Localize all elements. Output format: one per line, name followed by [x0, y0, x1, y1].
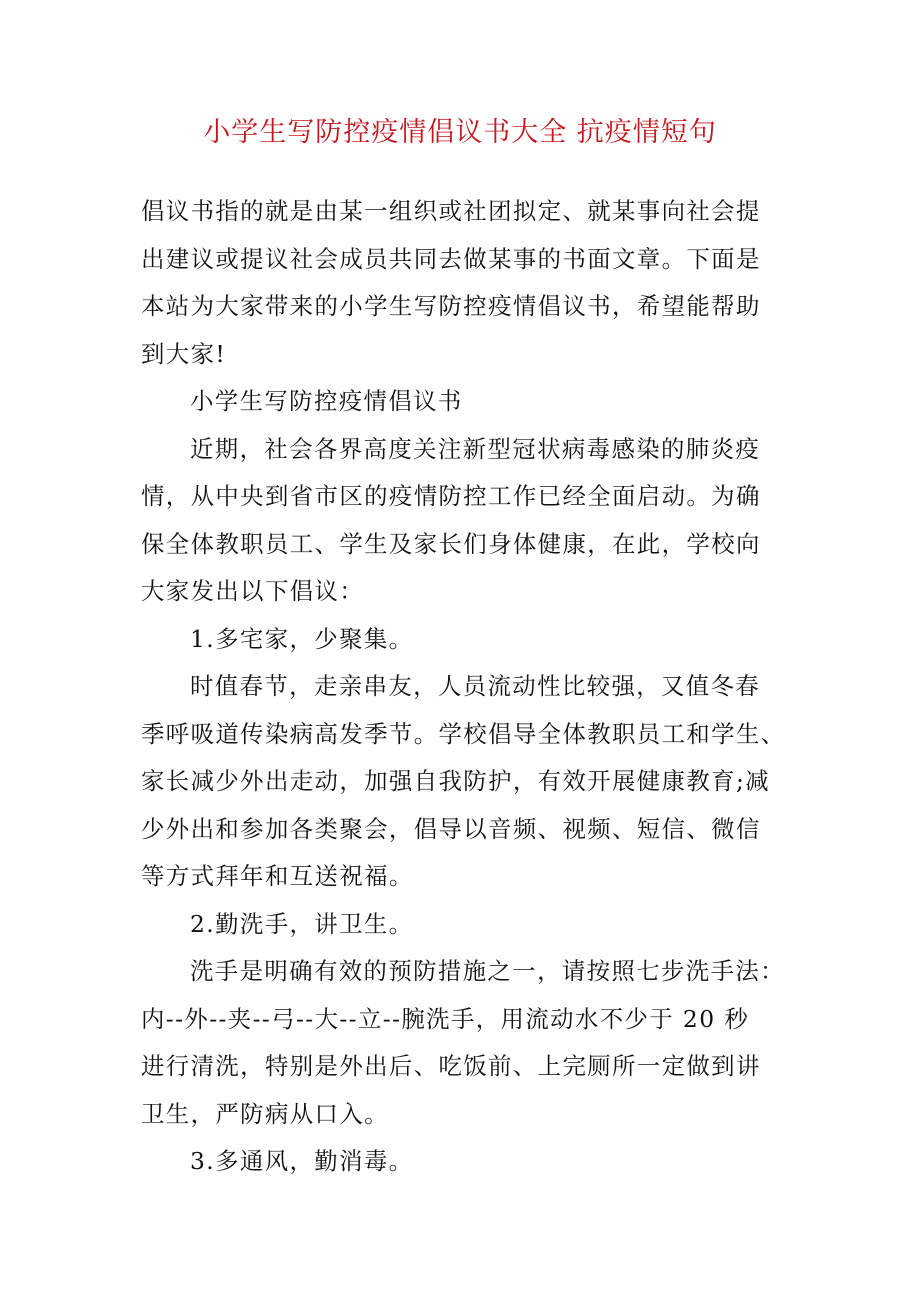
- text-line: 3.多通风，勤消毒。: [141, 1138, 781, 1186]
- text-line: 小学生写防控疫情倡议书: [141, 378, 781, 426]
- text-line: 保全体教职员工、学生及家长们身体健康，在此，学校向: [141, 521, 781, 569]
- document-title: 小学生写防控疫情倡议书大全 抗疫情短句: [0, 113, 920, 153]
- text-line: 进行清洗，特别是外出后、吃饭前、上完厕所一定做到讲: [141, 1043, 781, 1091]
- text-line: 本站为大家带来的小学生写防控疫情倡议书，希望能帮助: [141, 283, 781, 331]
- document-page: 小学生写防控疫情倡议书大全 抗疫情短句 倡议书指的就是由某一组织或社团拟定、就某…: [0, 0, 920, 1302]
- text-line: 洗手是明确有效的预防措施之一，请按照七步洗手法：: [141, 948, 781, 996]
- intro-paragraph: 倡议书指的就是由某一组织或社团拟定、就某事向社会提 出建议或提议社会成员共同去做…: [141, 188, 781, 378]
- text-line: 少外出和参加各类聚会，倡导以音频、视频、短信、微信: [141, 806, 781, 854]
- text-line: 时值春节，走亲串友，人员流动性比较强，又值冬春: [141, 663, 781, 711]
- section-heading: 小学生写防控疫情倡议书: [141, 378, 781, 426]
- text-line: 卫生，严防病从口入。: [141, 1091, 781, 1139]
- text-line: 到大家!: [141, 331, 781, 379]
- text-line: 倡议书指的就是由某一组织或社团拟定、就某事向社会提: [141, 188, 781, 236]
- text-line: 1.多宅家，少聚集。: [141, 616, 781, 664]
- item-heading-1: 1.多宅家，少聚集。: [141, 616, 781, 664]
- text-line: 内--外--夹--弓--大--立--腕洗手，用流动水不少于 20 秒: [141, 996, 781, 1044]
- text-line: 等方式拜年和互送祝福。: [141, 853, 781, 901]
- document-body: 倡议书指的就是由某一组织或社团拟定、就某事向社会提 出建议或提议社会成员共同去做…: [141, 188, 781, 1186]
- text-line: 近期，社会各界高度关注新型冠状病毒感染的肺炎疫: [141, 426, 781, 474]
- item-body-2: 洗手是明确有效的预防措施之一，请按照七步洗手法： 内--外--夹--弓--大--…: [141, 948, 781, 1138]
- item-body-1: 时值春节，走亲串友，人员流动性比较强，又值冬春 季呼吸道传染病高发季节。学校倡导…: [141, 663, 781, 901]
- text-line: 大家发出以下倡议：: [141, 568, 781, 616]
- text-line: 情，从中央到省市区的疫情防控工作已经全面启动。为确: [141, 473, 781, 521]
- text-line: 家长减少外出走动，加强自我防护，有效开展健康教育;减: [141, 758, 781, 806]
- opening-paragraph: 近期，社会各界高度关注新型冠状病毒感染的肺炎疫 情，从中央到省市区的疫情防控工作…: [141, 426, 781, 616]
- item-heading-3: 3.多通风，勤消毒。: [141, 1138, 781, 1186]
- text-line: 2.勤洗手，讲卫生。: [141, 901, 781, 949]
- item-heading-2: 2.勤洗手，讲卫生。: [141, 901, 781, 949]
- text-line: 季呼吸道传染病高发季节。学校倡导全体教职员工和学生、: [141, 711, 781, 759]
- text-line: 出建议或提议社会成员共同去做某事的书面文章。下面是: [141, 236, 781, 284]
